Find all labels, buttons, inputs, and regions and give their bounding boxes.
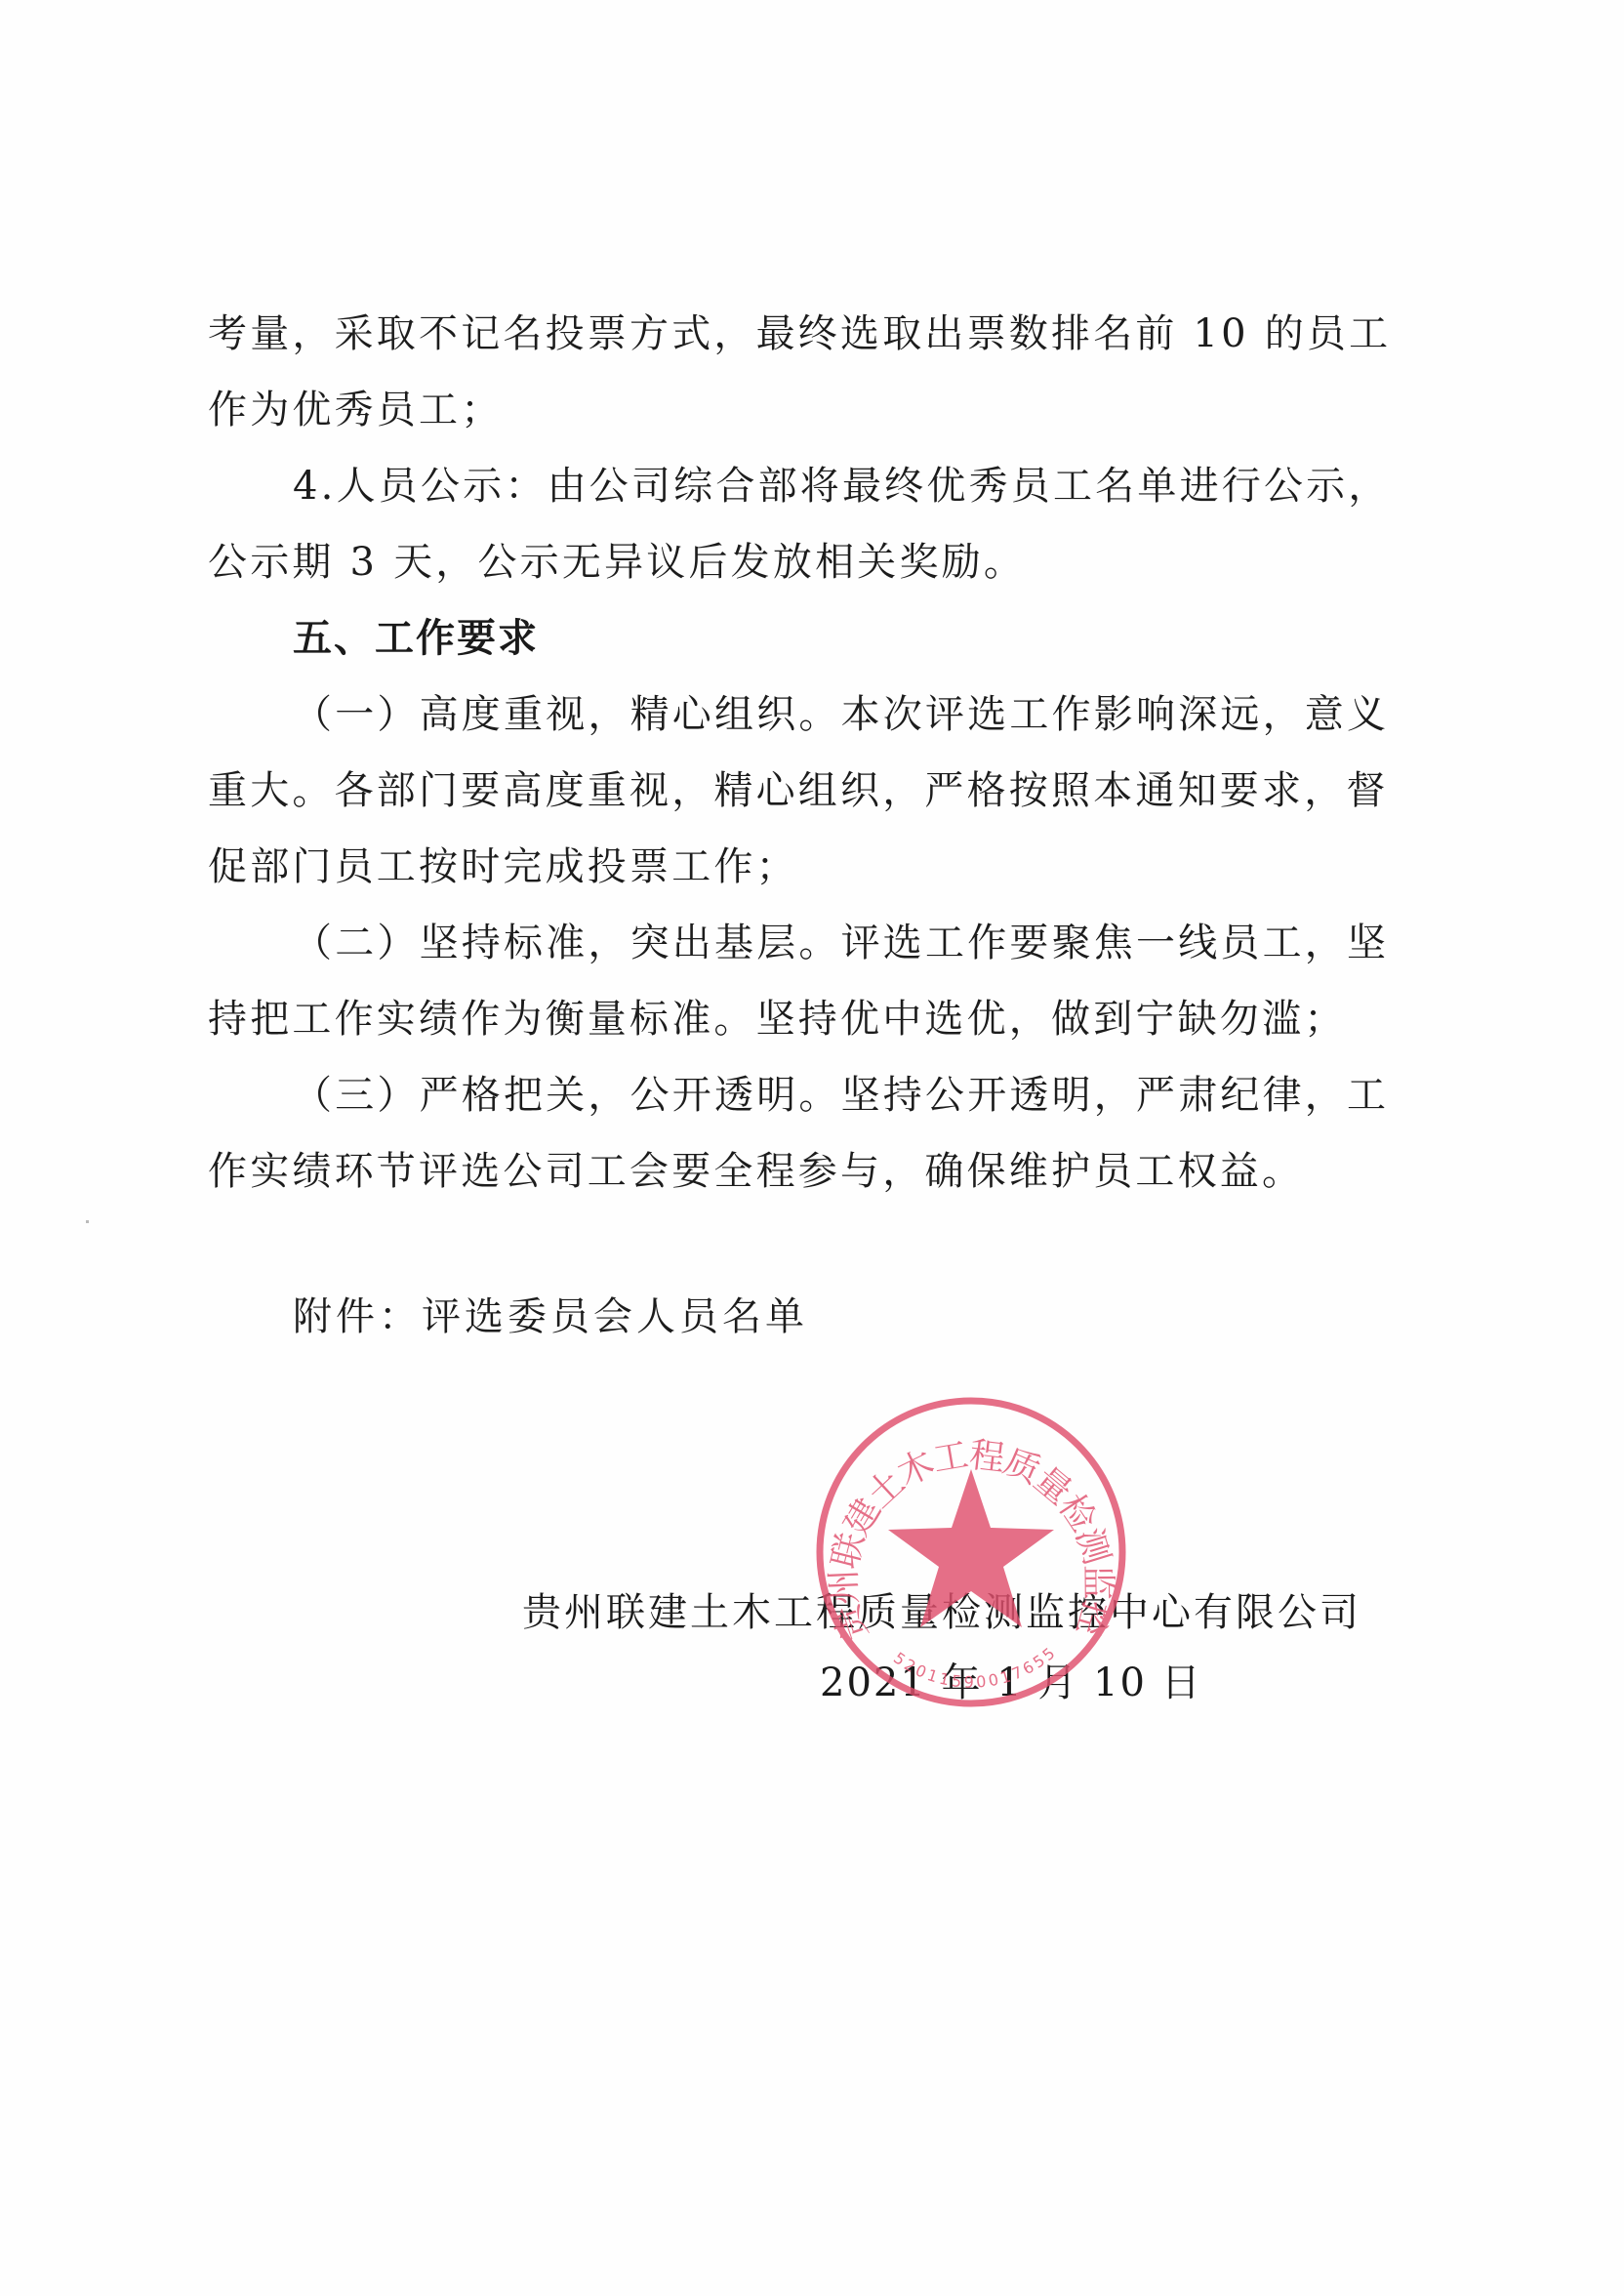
signature-company: 贵州联建土木工程质量检测监控中心有限公司 <box>522 1589 1361 1636</box>
signature-date: 2021 年 1 月 10 日 <box>820 1660 1202 1706</box>
body-line: 考量，采取不记名投票方式，最终选取出票数排名前 10 的员工 <box>208 310 1391 357</box>
body-line: 4.人员公示：由公司综合部将最终优秀员工名单进行公示， <box>293 463 1391 510</box>
requirement-1-line-2: 重大。各部门要高度重视，精心组织，严格按照本通知要求，督 <box>208 767 1389 814</box>
requirement-3-line-2: 作实绩环节评选公司工会要全程参与，确保维护员工权益。 <box>208 1148 1304 1195</box>
requirement-1-line-1: （一）高度重视，精心组织。本次评选工作影响深远，意义 <box>293 691 1389 738</box>
attachment-note: 附件：评选委员会人员名单 <box>293 1293 808 1340</box>
requirement-2-line-1: （二）坚持标准，突出基层。评选工作要聚焦一线员工，坚 <box>293 920 1389 966</box>
requirement-1-line-3: 促部门员工按时完成投票工作； <box>208 843 798 890</box>
body-line: 作为优秀员工； <box>208 387 503 433</box>
document-page: 考量，采取不记名投票方式，最终选取出票数排名前 10 的员工 作为优秀员工； 4… <box>0 0 1624 2296</box>
requirement-3-line-1: （三）严格把关，公开透明。坚持公开透明，严肃纪律，工 <box>293 1072 1389 1119</box>
body-line: 公示期 3 天，公示无异议后发放相关奖励。 <box>208 539 1026 586</box>
scan-speck <box>86 1220 89 1223</box>
section-heading: 五、工作要求 <box>293 615 539 662</box>
requirement-2-line-2: 持把工作实绩作为衡量标准。坚持优中选优，做到宁缺勿滥； <box>208 996 1346 1043</box>
